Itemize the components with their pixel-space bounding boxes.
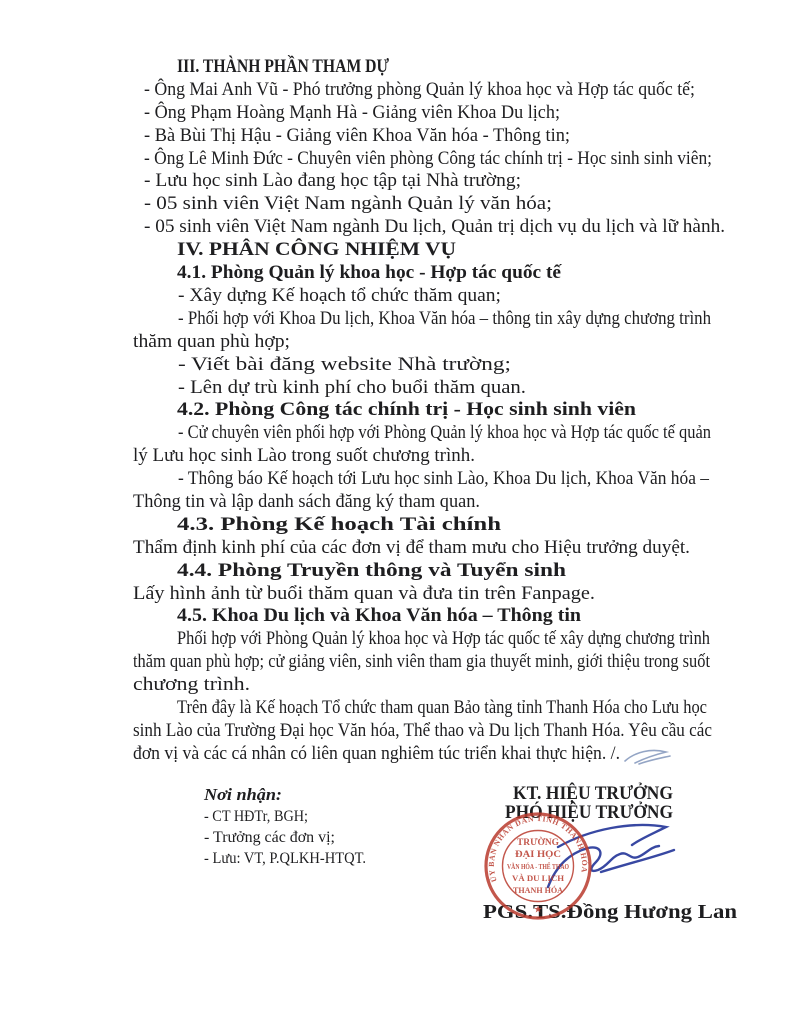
recipient-item: - Lưu: VT, P.QLKH-HTQT. bbox=[204, 850, 366, 867]
task-line: - Thông báo Kế hoạch tới Lưu học sinh Là… bbox=[178, 468, 709, 489]
signature-stroke bbox=[601, 850, 674, 872]
participant-line: - Bà Bùi Thị Hậu - Giảng viên Khoa Văn h… bbox=[144, 125, 570, 146]
subsection-heading-43: 4.3. Phòng Kế hoạch Tài chính bbox=[177, 514, 502, 535]
section-heading-iii: III. THÀNH PHẦN THAM DỰ bbox=[177, 55, 389, 77]
task-line: chương trình. bbox=[133, 674, 250, 695]
stamp-center-line: THANH HÓA bbox=[513, 885, 564, 895]
task-line: thăm quan phù hợp; bbox=[133, 331, 290, 352]
participant-line: - 05 sinh viên Việt Nam ngành Du lịch, Q… bbox=[144, 216, 725, 237]
signer-name: PGS.TS.Đồng Hương Lan bbox=[483, 902, 737, 923]
task-line: Thông tin và lập danh sách đăng ký tham … bbox=[133, 491, 480, 512]
task-line: - Lên dự trù kinh phí cho buổi thăm quan… bbox=[178, 377, 526, 398]
participant-line: - Ông Mai Anh Vũ - Phó trưởng phòng Quản… bbox=[144, 78, 695, 100]
recipients-block: Nơi nhận: - CT HĐTr, BGH; - Trưởng các đ… bbox=[203, 785, 366, 867]
stamp-center-line: VĂN HÓA - THỂ THAO bbox=[507, 863, 569, 871]
subsection-heading-41: 4.1. Phòng Quản lý khoa học - Hợp tác qu… bbox=[177, 262, 563, 283]
stamp-center-line: VÀ DU LỊCH bbox=[512, 873, 564, 883]
task-line: Phối hợp với Phòng Quản lý khoa học và H… bbox=[177, 628, 710, 649]
task-line: lý Lưu học sinh Lào trong suốt chương tr… bbox=[133, 445, 475, 466]
recipient-item: - CT HĐTr, BGH; bbox=[204, 808, 308, 825]
task-line: - Cử chuyên viên phối hợp với Phòng Quản… bbox=[178, 422, 711, 443]
subsection-heading-45: 4.5. Khoa Du lịch và Khoa Văn hóa – Thôn… bbox=[177, 605, 581, 626]
task-line: - Xây dựng Kế hoạch tổ chức thăm quan; bbox=[178, 285, 501, 306]
participant-line: - Ông Lê Minh Đức - Chuyên viên phòng Cô… bbox=[144, 147, 712, 169]
closing-line: Trên đây là Kế hoạch Tổ chức tham quan B… bbox=[177, 697, 707, 718]
task-line: - Phối hợp với Khoa Du lịch, Khoa Văn hó… bbox=[178, 308, 711, 329]
subsection-heading-44: 4.4. Phòng Truyền thông và Tuyển sinh bbox=[177, 560, 567, 581]
subsection-heading-42: 4.2. Phòng Công tác chính trị - Học sinh… bbox=[177, 399, 636, 420]
section-heading-iv: IV. PHÂN CÔNG NHIỆM VỤ bbox=[177, 238, 456, 260]
recipient-item: - Trưởng các đơn vị; bbox=[204, 829, 335, 846]
document-page: III. THÀNH PHẦN THAM DỰ - Ông Mai Anh Vũ… bbox=[0, 0, 800, 1031]
task-line: Lấy hình ảnh từ buổi thăm quan và đưa ti… bbox=[133, 583, 595, 604]
approval-title-1: KT. HIỆU TRƯỞNG bbox=[513, 782, 673, 804]
participant-line: - 05 sinh viên Việt Nam ngành Quản lý vă… bbox=[144, 193, 552, 214]
paraph-stroke bbox=[639, 756, 670, 764]
document-body: III. THÀNH PHẦN THAM DỰ - Ông Mai Anh Vũ… bbox=[133, 55, 725, 764]
task-line: Thẩm định kinh phí của các đơn vị để tha… bbox=[133, 537, 690, 558]
task-line: - Viết bài đăng website Nhà trường; bbox=[178, 354, 511, 375]
participant-line: - Lưu học sinh Lào đang học tập tại Nhà … bbox=[144, 170, 521, 191]
participant-line: - Ông Phạm Hoàng Mạnh Hà - Giảng viên Kh… bbox=[144, 101, 560, 123]
closing-line: sinh Lào của Trường Đại học Văn hóa, Thể… bbox=[133, 720, 712, 741]
recipients-label: Nơi nhận: bbox=[203, 785, 282, 804]
paraph-mark bbox=[625, 750, 670, 764]
task-line: thăm quan phù hợp; cử giảng viên, sinh v… bbox=[133, 651, 711, 672]
closing-line: đơn vị và các cá nhân có liên quan nghiê… bbox=[133, 743, 620, 764]
stamp-center-line: ĐẠI HỌC bbox=[515, 850, 561, 860]
document-scan: III. THÀNH PHẦN THAM DỰ - Ông Mai Anh Vũ… bbox=[0, 0, 800, 1031]
stamp-center-line: TRƯỜNG bbox=[517, 836, 560, 848]
